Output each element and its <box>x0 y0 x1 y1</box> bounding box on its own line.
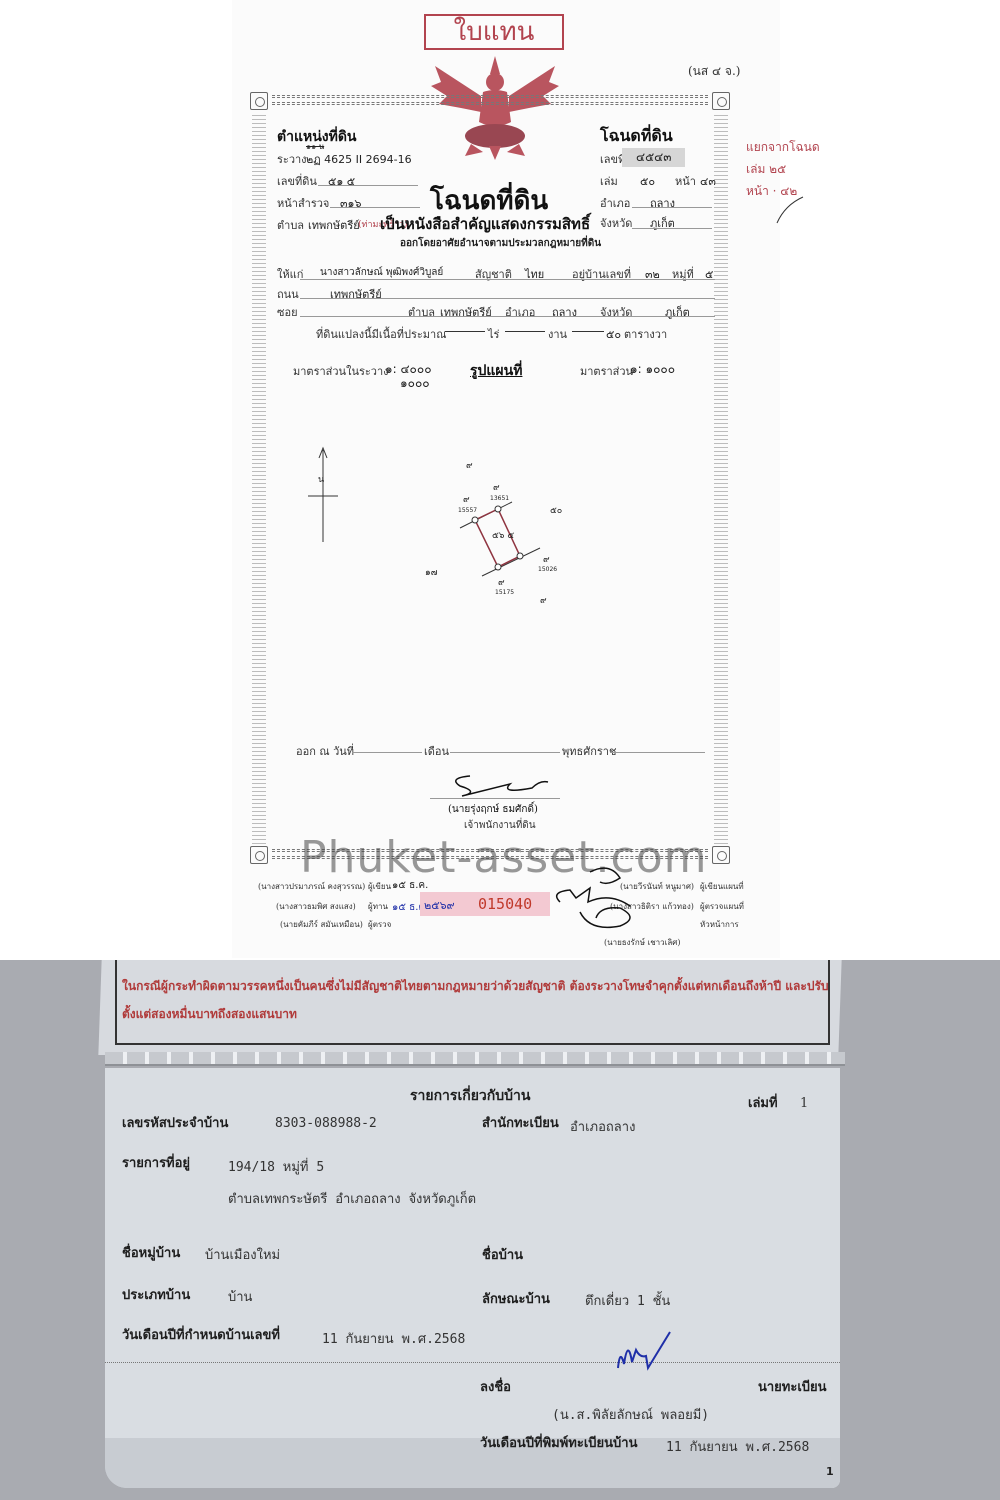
house-no-value: ๓๒ <box>645 265 660 283</box>
border-line <box>272 102 708 105</box>
survey-sheet-label: ระวาง <box>277 150 307 168</box>
subdistrict-label: ตำบล <box>277 216 304 234</box>
village-label: ชื่อหมู่บ้าน <box>122 1242 180 1263</box>
divider <box>105 1362 840 1363</box>
road-value: เทพกษัตรีย์ <box>330 285 382 303</box>
house-no-label: อยู่บ้านเลขที่ <box>572 265 631 283</box>
svg-text:15175: 15175 <box>495 589 514 596</box>
date-year: ๒๕๖๙ <box>424 896 455 914</box>
assigned-date-value: 11 กันยายน พ.ศ.2568 <box>322 1328 465 1349</box>
deed-border-left <box>252 115 266 845</box>
moo-label: หมู่ที่ <box>672 265 694 283</box>
ngan-label: งาน <box>548 325 567 343</box>
register-binding <box>105 1052 845 1066</box>
district2-value: ถลาง <box>552 303 577 321</box>
signatory-role: หัวหน้าการ <box>700 918 739 931</box>
village-value: บ้านเมืองใหม่ <box>205 1244 280 1265</box>
register-title: รายการเกี่ยวกับบ้าน <box>410 1085 530 1107</box>
map-title: รูปแผนที่ <box>470 360 522 382</box>
deed-no-value: ๔๕๔๓ <box>622 148 685 167</box>
svg-text:๙: ๙ <box>540 596 547 606</box>
house-type-value: บ้าน <box>228 1286 252 1307</box>
house-code-label: เลขรหัสประจำบ้าน <box>122 1112 228 1133</box>
book-label: เล่ม <box>600 172 618 190</box>
form-code: (นส ๔ จ.) <box>688 62 740 81</box>
map-scale-value: ๑: ๑๐๐๐ <box>630 360 675 379</box>
nationality-label: สัญชาติ <box>475 265 512 283</box>
district2-label: อำเภอ <box>505 303 535 321</box>
issued-label: ออก ณ วันที่ <box>296 742 354 760</box>
printed-date-value: 11 กันยายน พ.ศ.2568 <box>666 1436 809 1457</box>
border-ornament-icon <box>712 846 730 864</box>
border-ornament-icon <box>712 92 730 110</box>
officer-signature <box>440 770 550 800</box>
issued-year-label: พุทธศักราช <box>562 742 616 760</box>
rai-label: ไร่ <box>488 325 499 343</box>
book-label: เล่มที่ <box>748 1092 778 1113</box>
house-name-label: ชื่อบ้าน <box>482 1244 523 1265</box>
nationality-value: ไทย <box>525 265 544 283</box>
registry-office-value: อำเภอถลาง <box>570 1116 635 1137</box>
house-style-label: ลักษณะบ้าน <box>482 1288 550 1309</box>
border-line <box>272 95 708 98</box>
svg-text:๑๗: ๑๗ <box>425 568 438 578</box>
book-value: 1 <box>800 1096 808 1111</box>
subdistrict2-value: เทพกษัตรีย์ <box>440 303 492 321</box>
svg-text:15557: 15557 <box>458 507 477 514</box>
house-register-scan: ในกรณีผู้กระทำผิดตามวรรคหนึ่งเป็นคนซึ่งไ… <box>0 960 1000 1500</box>
survey-page-value: ๓๑๖ <box>340 194 361 212</box>
area-intro: ที่ดินแปลงนี้มีเนื้อที่ประมาณ <box>316 325 446 343</box>
road-label: ถนน <box>277 285 299 303</box>
svg-text:๙: ๙ <box>463 495 470 505</box>
moo-value: ๕ <box>705 265 713 283</box>
signatory-role: ผู้ตรวจแผนที่ <box>700 900 744 913</box>
address-line-2: ตำบลเทพกระษัตรี อำเภอถลาง จังหวัดภูเก็ต <box>228 1188 476 1209</box>
book-value: ๕๐ <box>640 172 655 190</box>
replacement-label: ใบแทน <box>424 14 564 50</box>
province2-label: จังหวัด <box>600 303 632 321</box>
date-1: ๑๕ ธ.ค. <box>392 878 428 893</box>
parcel-no-label: เลขที่ดิน <box>277 172 317 190</box>
border-ornament-icon <box>250 846 268 864</box>
svg-text:๙: ๙ <box>543 555 550 565</box>
deed-border-top <box>250 92 730 110</box>
assigned-date-label: วันเดือนปีที่กำหนดบ้านเลขที่ <box>122 1324 280 1345</box>
registrar-name: (น.ส.พิลัยลักษณ์ พลอยมี) <box>552 1404 709 1425</box>
signatory-name: (นายคัมภีร์ สมันเหมือน) <box>280 918 363 931</box>
svg-text:๙: ๙ <box>466 461 473 471</box>
map-scale-label: มาตราส่วน <box>580 362 633 380</box>
north-label: น <box>318 475 324 485</box>
survey-sheet-value: ๒ฏ 4625 II 2694-16 <box>306 150 412 168</box>
province-value: ภูเก็ต <box>650 214 675 232</box>
deed-border-right <box>714 115 728 845</box>
issued-month-label: เดือน <box>424 742 449 760</box>
province-label: จังหวัด <box>600 214 632 232</box>
subdistrict-value: เทพกษัตรีย์ <box>308 216 360 234</box>
registry-office-label: สำนักทะเบียน <box>482 1112 559 1133</box>
survey-scale-label: มาตราส่วนในระวาง <box>293 362 389 380</box>
registrar-label: นายทะเบียน <box>758 1376 827 1397</box>
signatory-role: ผู้เขียนแผนที่ <box>700 880 744 893</box>
border-ornament-icon <box>250 92 268 110</box>
soi-label: ซอย <box>277 303 298 321</box>
owner-value: นางสาวลักษณ์ พุฒิพงศ์วิบูลย์ <box>320 265 443 280</box>
officer-name: (นายรุ่งฤกษ์ ธมศักดิ์) <box>448 802 538 817</box>
signatory-name: (นางสาวธมพิศ สงแสง) <box>276 900 356 913</box>
wa-value: ๕๐ <box>606 325 621 343</box>
parcel-no-value: ๕๑ ๕ <box>328 172 355 190</box>
survey-page-label: หน้าสำรวจ <box>277 194 329 212</box>
document-subtitle: เป็นหนังสือสำคัญแสดงกรรมสิทธิ์ <box>380 212 590 236</box>
registrar-signature <box>610 1328 680 1378</box>
svg-text:๙: ๙ <box>498 578 505 588</box>
subdistrict2-label: ตำบล <box>408 303 435 321</box>
split-from-deed-note: แยกจากโฉนด <box>746 138 820 157</box>
province2-value: ภูเก็ต <box>665 303 690 321</box>
svg-text:๕๖ ๕: ๕๖ ๕ <box>492 531 514 541</box>
wa-label: ตารางวา <box>624 325 667 343</box>
deed-heading: โฉนดที่ดิน <box>600 124 673 149</box>
serial-number: 015040 <box>478 895 532 913</box>
signatory-role: ผู้ตรวจ <box>368 918 391 931</box>
title-deed-scan: ใบแทน (นส ๔ จ.) ตำแหน่งที่ดิน ระวาง ๑๑ น <box>0 0 1000 960</box>
address-label: รายการที่อยู่ <box>122 1152 190 1173</box>
signatory-role: ผู้ทาน <box>368 900 388 913</box>
house-code-value: 8303-088988-2 <box>275 1116 377 1131</box>
address-line-1: 194/18 หมู่ที่ 5 <box>228 1156 324 1177</box>
sign-label: ลงชื่อ <box>480 1376 511 1397</box>
house-style-value: ตึกเดี่ยว 1 ชั้น <box>585 1290 670 1311</box>
signature-scribbles <box>550 862 690 942</box>
page-value: ๔๓ <box>700 172 716 190</box>
district-label: อำเภอ <box>600 194 630 212</box>
split-book-note: เล่ม ๒๕ <box>746 160 786 179</box>
house-type-label: ประเภทบ้าน <box>122 1284 190 1305</box>
officer-title: เจ้าพนักงานที่ดิน <box>464 818 536 833</box>
survey-scale-corrected: ๑๐๐๐ <box>400 374 430 393</box>
page-number: 1 <box>826 1465 834 1478</box>
printed-date-label: วันเดือนปีที่พิมพ์ทะเบียนบ้าน <box>480 1432 638 1453</box>
signatory-role: ผู้เขียน <box>368 880 391 893</box>
svg-text:๕๐: ๕๐ <box>550 506 562 516</box>
pen-mark-icon <box>775 195 805 225</box>
svg-text:13651: 13651 <box>490 495 509 502</box>
owner-label: ให้แก่ <box>277 265 303 283</box>
district-value: ถลาง <box>650 194 675 212</box>
page-label: หน้า <box>675 172 696 190</box>
svg-text:15026: 15026 <box>538 566 557 573</box>
signatory-name: (นางสาวปรมาภรณ์ คงสุวรรณ) <box>258 880 365 893</box>
issuing-authority: ออกโดยอาศัยอำนาจตามประมวลกฎหมายที่ดิน <box>400 236 601 251</box>
parcel-map: น ๕๖ ๕ ๙ ๙ 13651 ๙ 15557 ๕๐ ๑๗ ๙ 15026 ๙… <box>300 440 620 620</box>
svg-text:๙: ๙ <box>493 483 500 493</box>
legal-warning: ในกรณีผู้กระทำผิดตามวรรคหนึ่งเป็นคนซึ่งไ… <box>122 972 842 1028</box>
